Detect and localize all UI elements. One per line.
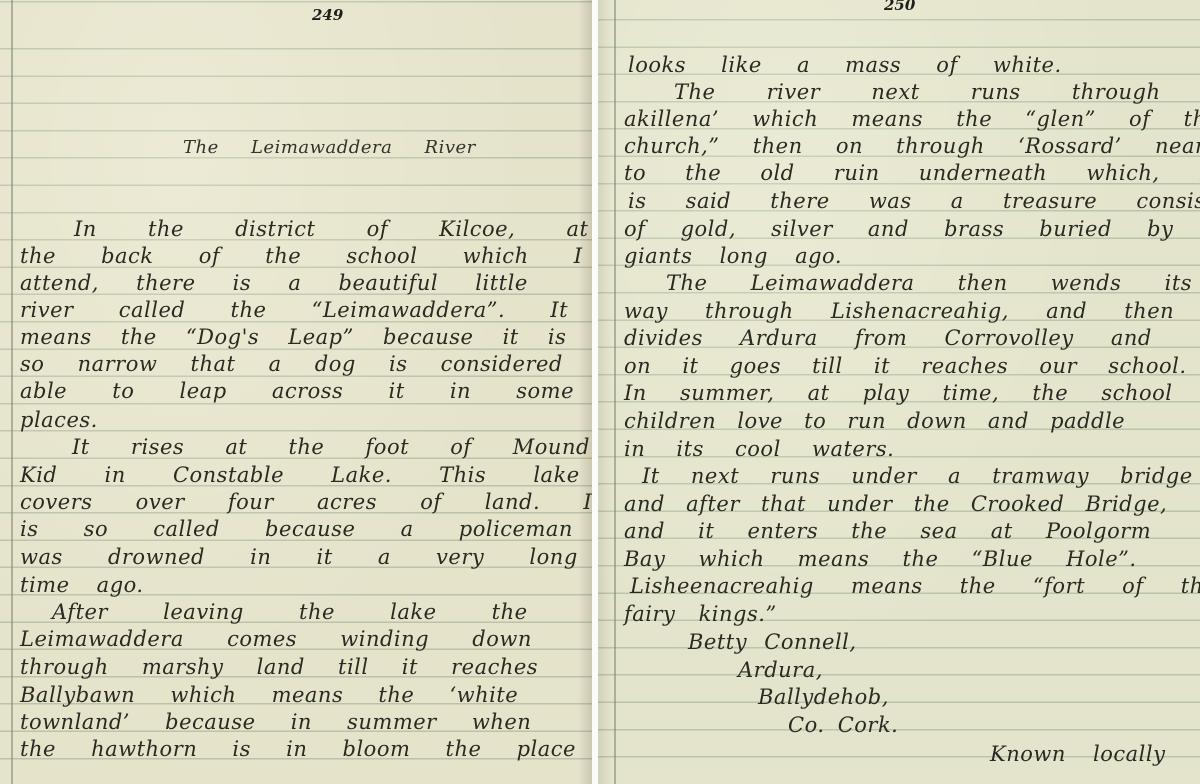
text-line: It rises at the foot of Mound bbox=[72, 437, 590, 458]
text-line: In the district of Kilcoe, at bbox=[74, 219, 514, 240]
text-line: way through Lishenacreahig, and then bbox=[624, 301, 1174, 322]
text-line: After leaving the lake the bbox=[52, 602, 528, 623]
text-line: church,” then on through ‘Rossard’ near bbox=[624, 136, 1200, 157]
signature-address-line: Ballydehob, bbox=[758, 687, 889, 708]
right-page: 250 looks like a mass of white. The rive… bbox=[598, 0, 1200, 784]
text-line: townland’ because in summer when bbox=[20, 712, 531, 733]
text-line: through marshy land till it reaches bbox=[20, 657, 538, 678]
text-line: Leimawaddera comes winding down bbox=[20, 629, 532, 650]
text-line: giants long ago. bbox=[624, 246, 842, 267]
text-line: covers over four acres of land. It bbox=[20, 492, 592, 513]
text-line: and after that under the Crooked Bridge, bbox=[624, 494, 1167, 515]
text-line: divides Ardura from Corrovolley and bbox=[624, 328, 1152, 349]
signature-address-line: Co. Cork. bbox=[788, 715, 898, 736]
page-number: 249 bbox=[312, 6, 343, 24]
signature-address-line: Ardura, bbox=[738, 660, 823, 681]
text-line: to the old ruin underneath which, it bbox=[624, 163, 1200, 184]
text-line: fairy kings.” bbox=[624, 604, 777, 625]
text-line: Kid in Constable Lake. This lake bbox=[20, 465, 580, 486]
margin-line bbox=[614, 0, 616, 784]
text-line: on it goes till it reaches our school. bbox=[624, 356, 1187, 377]
text-line: looks like a mass of white. bbox=[628, 55, 1062, 76]
text-line: The Leimawaddera then wends its bbox=[666, 273, 1192, 294]
spine-shadow bbox=[598, 0, 612, 784]
text-line: in its cool waters. bbox=[624, 439, 894, 460]
text-line: the back of the school which I bbox=[20, 246, 583, 267]
text-line: is so called because a policeman bbox=[20, 519, 573, 540]
text-line: is said there was a treasure consisting bbox=[628, 191, 1200, 212]
text-line: attend, there is a beautiful little bbox=[20, 273, 528, 294]
text-line: children love to run down and paddle bbox=[624, 411, 1125, 432]
text-line: river called the “Leimawaddera”. It bbox=[20, 300, 568, 321]
text-line: time ago. bbox=[20, 575, 144, 596]
text-line: was drowned in it a very long bbox=[20, 547, 578, 568]
page-title: The Leimawaddera River bbox=[183, 139, 476, 157]
text-line: means the “Dog's Leap” because it is bbox=[20, 327, 566, 348]
margin-line bbox=[11, 0, 13, 784]
text-line: so narrow that a dog is considered bbox=[20, 354, 563, 375]
text-line: Lisheenacreahig means the “fort of the bbox=[630, 576, 1200, 597]
text-line: It next runs under a tramway bridge bbox=[642, 466, 1193, 487]
page-number: 250 bbox=[884, 0, 915, 14]
text-line: and it enters the sea at Poolgorm bbox=[624, 521, 1151, 542]
text-line: able to leap across it in some bbox=[20, 381, 574, 402]
footer-note: Known locally bbox=[990, 744, 1165, 765]
spine-shadow bbox=[578, 0, 592, 784]
signature-name: Betty Connell, bbox=[688, 632, 857, 653]
text-line: of gold, silver and brass buried by bbox=[624, 219, 1173, 240]
left-page: 249 The Leimawaddera River In the distri… bbox=[0, 0, 592, 784]
text-line: the hawthorn is in bloom the place bbox=[20, 739, 576, 760]
text-line: Ballybawn which means the ‘white bbox=[20, 685, 518, 706]
text-line: The river next runs through ‘Gloun- bbox=[674, 82, 1200, 103]
text-line: Bay which means the “Blue Hole”. bbox=[624, 549, 1137, 570]
text-line: akillena’ which means the “glen” of the bbox=[624, 109, 1200, 130]
text-line: places. bbox=[20, 410, 98, 431]
text-line: In summer, at play time, the school bbox=[624, 383, 1172, 404]
